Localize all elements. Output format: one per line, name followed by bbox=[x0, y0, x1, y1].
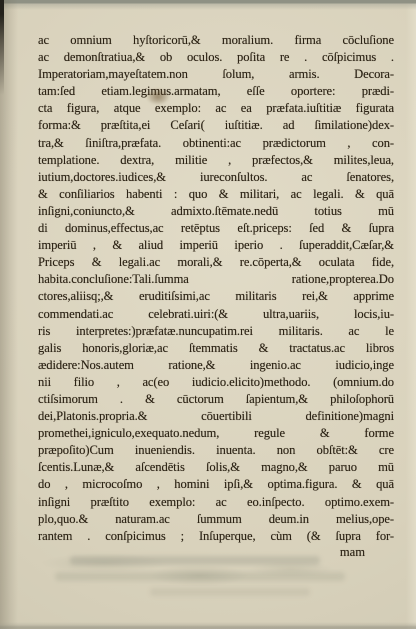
text-line: ris interpretes:)præfatæ.nuncupatim.rei … bbox=[38, 323, 394, 340]
scan-corner-mark bbox=[0, 0, 4, 95]
verso-show-through bbox=[55, 572, 345, 581]
text-line: præpoſito)Cum inueniendis. inuenta. non … bbox=[38, 442, 394, 459]
text-line: galis honoris,gloriæ,ac ſtemmatis & trac… bbox=[38, 340, 394, 357]
text-line: templatione. dextra, militie , præfectos… bbox=[38, 152, 394, 169]
text-line: iutium,doctores.iudices,& iureconſultos.… bbox=[38, 169, 394, 186]
text-line: nii filio , ac(eo iudicio.elicito)method… bbox=[38, 374, 394, 391]
text-line: plo,quo.& naturam.ac ſummum deum.in meli… bbox=[38, 511, 394, 528]
text-line: do , microcoſmo , homini ipſi,& optima.f… bbox=[38, 476, 394, 493]
text-line: ac omnium hyſtoricorū,& moralium. firma … bbox=[38, 32, 394, 49]
text-line: Priceps & legali.ac morali,& re.cōperta,… bbox=[38, 254, 394, 271]
verso-show-through bbox=[150, 588, 310, 596]
text-line: tam:ſed etiam.legimus.armatam, eſſe opor… bbox=[38, 83, 394, 100]
page-edge-bottom bbox=[0, 622, 416, 629]
scan-edge-top bbox=[0, 0, 416, 10]
book-page-scan: ac omnium hyſtoricorū,& moralium. firma … bbox=[0, 0, 416, 629]
text-line: dei,Platonis.propria.& cōuertibili defin… bbox=[38, 408, 394, 425]
text-block: ac omnium hyſtoricorū,& moralium. firma … bbox=[38, 32, 394, 562]
text-line: imperiū , & aliud imperiū iperio . ſuper… bbox=[38, 237, 394, 254]
text-line: & conſiliarios habenti : quo & militari,… bbox=[38, 186, 394, 203]
ink-blot bbox=[146, 88, 170, 105]
text-line: di dominus,effectus,ac retēptus eſt.pric… bbox=[38, 220, 394, 237]
text-line: forma:& præſtita,ei Ceſari( iuſtitiæ. ad… bbox=[38, 117, 394, 134]
text-line: ædidere:Nos.autem ratione,& ingenio.ac i… bbox=[38, 357, 394, 374]
text-line: tra,& ſiniſtra,præfata. obtinenti:ac præ… bbox=[38, 135, 394, 152]
text-line: cta figura, atque exemplo: ac ea præfata… bbox=[38, 100, 394, 117]
text-line: inſigni præſtito exemplo: ac eo.inſpecto… bbox=[38, 494, 394, 511]
text-line: habita.concluſione:Tali.ſumma ratione,pr… bbox=[38, 271, 394, 288]
text-line: ſcentis.Lunæ,& aſcendētis ſolis,& magno,… bbox=[38, 459, 394, 476]
text-line: inſigni,coniuncto,& admixto.ſtēmate.nedū… bbox=[38, 203, 394, 220]
text-line: commendati.ac celebrati.uiri:(& ultra,ua… bbox=[38, 306, 394, 323]
text-line: Imperatoriam,mayeſtatem.non ſolum, armis… bbox=[38, 66, 394, 83]
text-line: ctiſsimorum . & cūctorum ſapientum,& phi… bbox=[38, 391, 394, 408]
catchword: mam bbox=[38, 545, 394, 562]
page-edge-right bbox=[406, 0, 416, 629]
text-line: rantem . conſpicimus ; Inſuperque, cùm (… bbox=[38, 528, 394, 545]
text-line: ac demonſtratiua,& ob oculos. poſita re … bbox=[38, 49, 394, 66]
text-line: promethei,igniculo,exequato.nedum, regul… bbox=[38, 425, 394, 442]
text-line: ctores,aliisq;,& eruditiſsimi,ac militar… bbox=[38, 288, 394, 305]
